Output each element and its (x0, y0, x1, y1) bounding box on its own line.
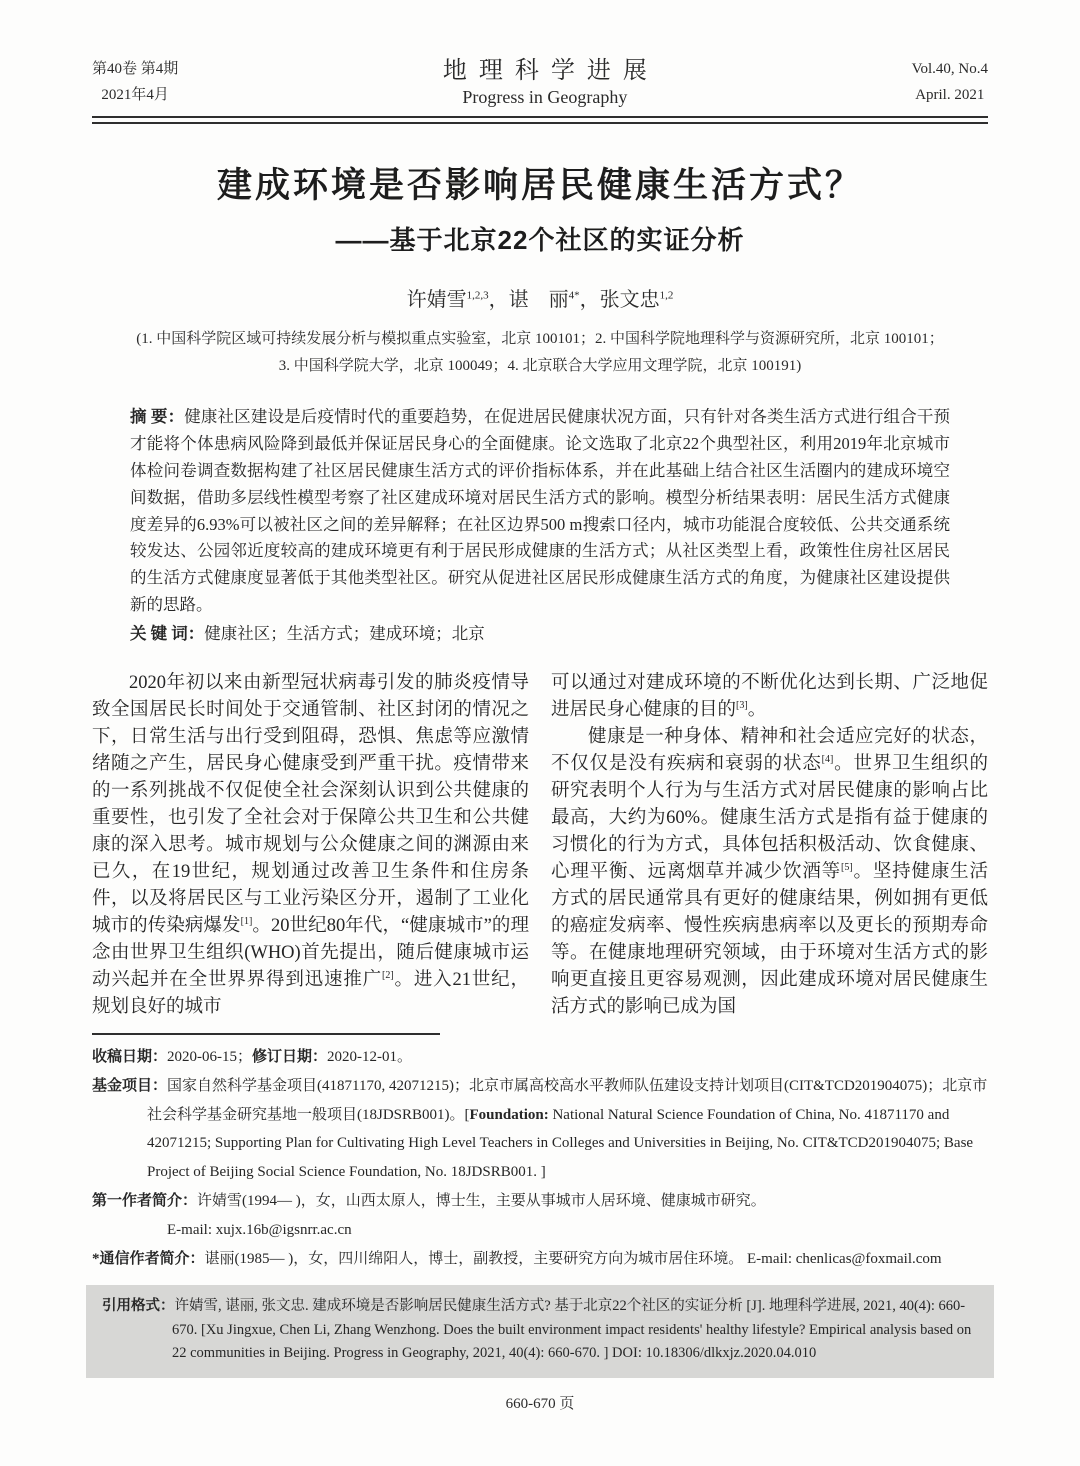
fund-line: 基金项目：国家自然科学基金项目(41871170, 42071215)；北京市属… (92, 1072, 988, 1187)
header-divider (92, 116, 988, 124)
revised-label: 修订日期： (252, 1049, 327, 1065)
citation-box: 引用格式：许婧雪, 谌丽, 张文忠. 建成环境是否影响居民健康生活方式? 基于北… (86, 1285, 994, 1377)
revised-date: 2020-12-01。 (327, 1049, 412, 1065)
author-name: 谌 丽 (509, 289, 569, 311)
abstract: 摘 要：健康社区建设是后疫情时代的重要趋势，在促进居民健康状况方面，只有针对各类… (130, 404, 950, 619)
author-superscript: 1,2 (660, 289, 674, 301)
body-paragraph: 健康是一种身体、精神和社会适应完好的状态，不仅仅是没有疾病和衰弱的状态[4]。世… (551, 724, 988, 1021)
paper-page: 第40卷 第4期 2021年4月 地理科学进展 Progress in Geog… (0, 0, 1080, 1466)
journal-title-en: Progress in Geography (431, 87, 659, 108)
body-paragraph: 2020年初以来由新型冠状病毒引发的肺炎疫情导致全国居民长时间处于交通管制、社区… (92, 670, 529, 1021)
date-zh: 2021年4月 (92, 82, 178, 108)
abstract-label: 摘 要 (130, 407, 168, 426)
right-column: 可以通过对建成环境的不断优化达到长期、广泛地促进居民身心健康的目的[3]。 健康… (551, 670, 988, 1021)
first-author-email-line: E-mail: xujx.16b@igsnrr.ac.cn (92, 1216, 988, 1245)
corresponding-author-label: *通信作者简介： (92, 1251, 205, 1267)
affiliation-line: 3. 中国科学院大学，北京 100049；4. 北京联合大学应用文理学院，北京 … (92, 353, 988, 380)
author-separator: ， (580, 289, 600, 311)
first-author-email: E-mail: xujx.16b@igsnrr.ac.cn (167, 1222, 352, 1238)
date-en: April. 2021 (912, 82, 988, 108)
fund-label: 基金项目： (92, 1078, 167, 1094)
first-author-label: 第一作者简介： (92, 1193, 197, 1209)
journal-title-block: 地理科学进展 Progress in Geography (431, 50, 659, 108)
journal-issue-en: Vol.40, No.4 April. 2021 (912, 56, 988, 109)
page-footer-pages: 660-670 页 (92, 1392, 988, 1413)
corresponding-author-bio: 谌丽(1985— )，女，四川绵阳人，博士，副教授，主要研究方向为城市居住环境。… (205, 1251, 942, 1267)
received-revised-line: 收稿日期：2020-06-15；修订日期：2020-12-01。 (92, 1043, 988, 1072)
received-date: 2020-06-15； (167, 1049, 252, 1065)
left-column: 2020年初以来由新型冠状病毒引发的肺炎疫情导致全国居民长时间处于交通管制、社区… (92, 670, 529, 1021)
journal-issue-zh: 第40卷 第4期 2021年4月 (92, 56, 178, 109)
foundation-label: Foundation: (470, 1107, 549, 1123)
citation-text: 引用格式：许婧雪, 谌丽, 张文忠. 建成环境是否影响居民健康生活方式? 基于北… (102, 1295, 978, 1365)
article-subtitle: ——基于北京22个社区的实证分析 (92, 220, 988, 257)
keywords-colon: ： (188, 624, 205, 643)
volume-issue-en: Vol.40, No.4 (912, 56, 988, 82)
volume-issue-zh: 第40卷 第4期 (92, 56, 178, 82)
author-name: 张文忠 (600, 289, 660, 311)
footnote-divider (92, 1033, 440, 1035)
keywords-text: 健康社区；生活方式；建成环境；北京 (204, 624, 485, 643)
received-label: 收稿日期： (92, 1049, 167, 1065)
affiliations: (1. 中国科学院区域可持续发展分析与模拟重点实验室，北京 100101；2. … (92, 326, 988, 380)
author-name: 许婧雪 (407, 289, 467, 311)
authors-line: 许婧雪1,2,3，谌 丽4*，张文忠1,2 (92, 283, 988, 312)
body-columns: 2020年初以来由新型冠状病毒引发的肺炎疫情导致全国居民长时间处于交通管制、社区… (92, 670, 988, 1021)
article-title: 建成环境是否影响居民健康生活方式？ (92, 158, 988, 208)
footnotes: 收稿日期：2020-06-15；修订日期：2020-12-01。 基金项目：国家… (92, 1043, 988, 1273)
first-author-line: 第一作者简介：许婧雪(1994— )，女，山西太原人，博士生，主要从事城市人居环… (92, 1187, 988, 1216)
journal-header: 第40卷 第4期 2021年4月 地理科学进展 Progress in Geog… (92, 50, 988, 108)
author-superscript: 4* (569, 289, 580, 301)
body-paragraph: 可以通过对建成环境的不断优化达到长期、广泛地促进居民身心健康的目的[3]。 (551, 670, 988, 724)
keywords-line: 关 键 词：健康社区；生活方式；建成环境；北京 (130, 621, 950, 648)
corresponding-author-line: *通信作者简介：谌丽(1985— )，女，四川绵阳人，博士，副教授，主要研究方向… (92, 1245, 988, 1274)
author-superscript: 1,2,3 (467, 289, 489, 301)
affiliation-line: (1. 中国科学院区域可持续发展分析与模拟重点实验室，北京 100101；2. … (92, 326, 988, 353)
keywords-label: 关 键 词 (130, 624, 188, 643)
citation-label: 引用格式： (102, 1298, 175, 1314)
abstract-text: 健康社区建设是后疫情时代的重要趋势，在促进居民健康状况方面，只有针对各类生活方式… (130, 407, 950, 614)
journal-title-zh: 地理科学进展 (431, 50, 659, 85)
citation-en: [Xu Jingxue, Chen Li, Zhang Wenzhong. Do… (172, 1322, 971, 1361)
author-separator: ， (489, 289, 509, 311)
first-author-bio: 许婧雪(1994— )，女，山西太原人，博士生，主要从事城市人居环境、健康城市研… (197, 1193, 766, 1209)
abstract-colon: ： (168, 407, 185, 426)
